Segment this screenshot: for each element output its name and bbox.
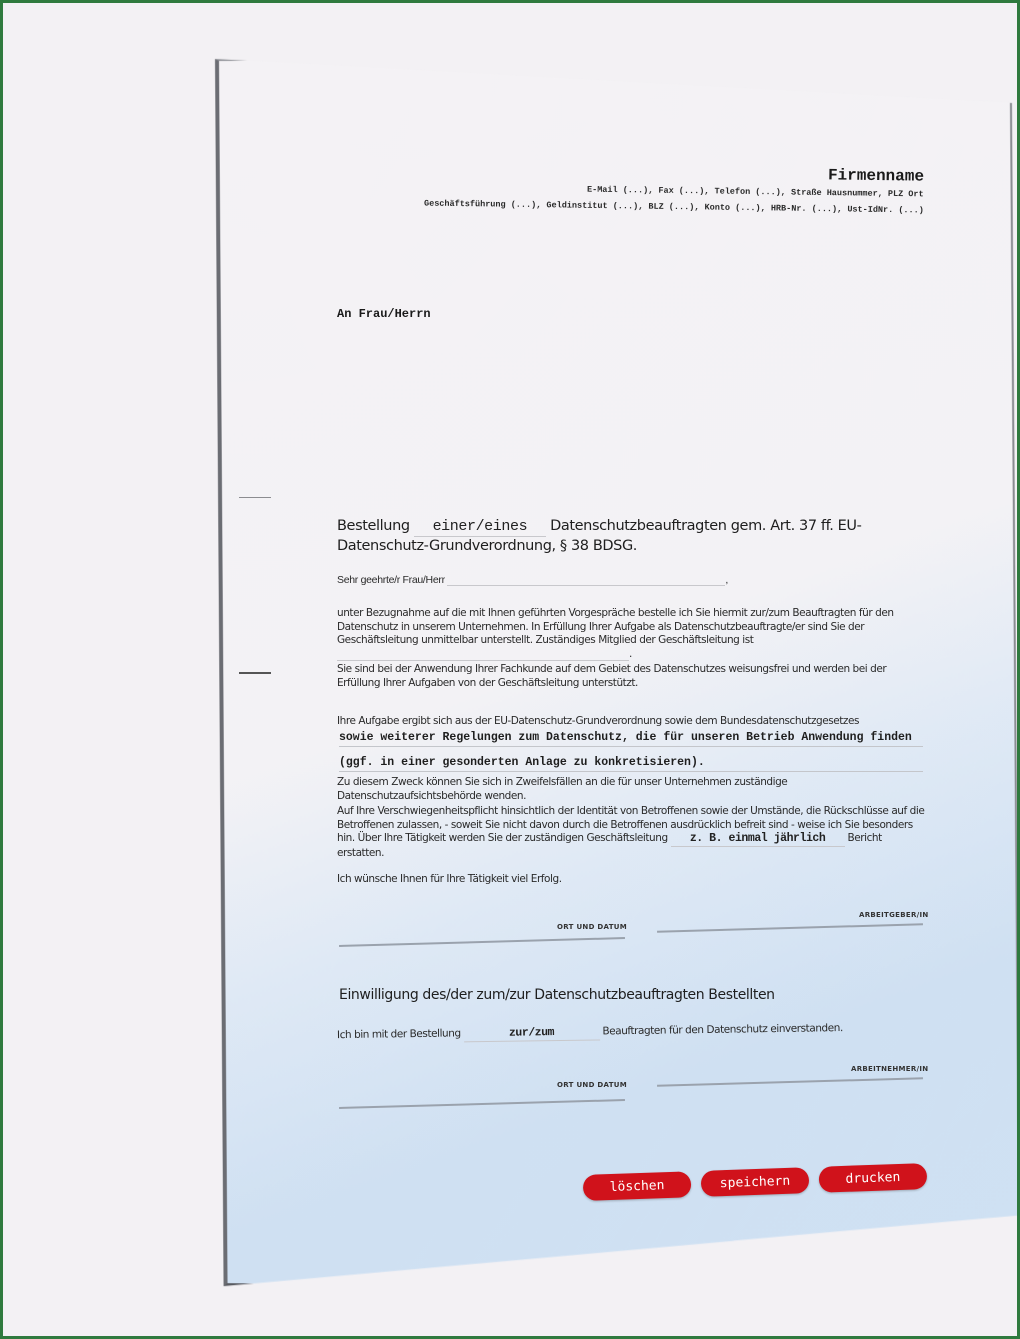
consent-title: Einwilligung des/der zum/zur Datenschutz… (339, 987, 775, 1003)
sig2-employee-line[interactable] (657, 1077, 923, 1086)
management-member-field[interactable] (337, 649, 629, 661)
sig1-employer-label: ARBEITGEBER/IN (859, 911, 929, 919)
company-registry-line[interactable]: Geschäftsführung (...), Geldinstitut (..… (424, 199, 924, 216)
document-page: Firmenname E-Mail (...), Fax (...), Tele… (215, 59, 997, 1281)
duties-field-line-1[interactable]: sowie weiterer Regelungen zum Datenschut… (339, 731, 923, 747)
fold-mark-1 (239, 497, 271, 498)
title-prefix: Bestellung (337, 518, 410, 534)
salutation-text: Sehr geehrte/r Frau/Herr (337, 574, 445, 586)
consent-prefix: Ich bin mit der Bestellung (337, 1027, 461, 1041)
salutation: Sehr geehrte/r Frau/Herr , (337, 573, 728, 586)
recipient-address-field[interactable]: An Frau/Herrn (337, 307, 431, 321)
document-scene: Firmenname E-Mail (...), Fax (...), Tele… (3, 3, 1017, 1336)
paragraph-appointment: unter Bezugnahme auf die mit Ihnen gefüh… (337, 607, 927, 661)
sig1-place-date-line[interactable] (339, 937, 625, 946)
sig2-employee-label: ARBEITNEHMER/IN (851, 1065, 928, 1073)
consent-suffix: Beauftragten für den Datenschutz einvers… (602, 1022, 843, 1037)
company-name[interactable]: Firmenname (828, 166, 924, 185)
paragraph-independence: Sie sind bei der Anwendung Ihrer Fachkun… (337, 663, 927, 690)
save-button[interactable]: speichern (701, 1167, 810, 1197)
paragraph-closing: Ich wünsche Ihnen für Ihre Tätigkeit vie… (337, 873, 927, 887)
paragraph-period: . (629, 648, 632, 660)
print-button[interactable]: drucken (819, 1163, 928, 1193)
paragraph-authority: Zu diesem Zweck können Sie sich in Zweif… (337, 776, 927, 803)
sig2-place-date-label: ORT UND DATUM (557, 1081, 627, 1089)
paragraph-confidentiality: Auf Ihre Verschwiegenheitspflicht hinsic… (337, 805, 927, 860)
salutation-comma: , (725, 574, 728, 586)
salutation-name-field[interactable] (447, 573, 725, 586)
document-title: Bestellung einer/eines Datenschutzbeauft… (337, 517, 927, 556)
sig1-employer-line[interactable] (657, 923, 923, 932)
paragraph-duties: Ihre Aufgabe ergibt sich aus der EU-Date… (337, 715, 927, 729)
sig1-place-date-label: ORT UND DATUM (557, 923, 627, 931)
title-article-field[interactable]: einer/eines (414, 517, 546, 537)
delete-button[interactable]: löschen (583, 1171, 692, 1201)
consent-statement: Ich bin mit der Bestellung zur/zum Beauf… (337, 1021, 927, 1044)
form-action-buttons: löschen speichern drucken (583, 1163, 928, 1201)
duties-field-line-2[interactable]: (ggf. in einer gesonderten Anlage zu kon… (339, 756, 923, 772)
sig2-place-date-line[interactable] (339, 1099, 625, 1108)
paragraph-appointment-text: unter Bezugnahme auf die mit Ihnen gefüh… (337, 607, 894, 646)
report-frequency-field[interactable]: z. B. einmal jährlich (671, 832, 845, 847)
consent-article-field[interactable]: zur/zum (463, 1025, 599, 1041)
company-contact-line[interactable]: E-Mail (...), Fax (...), Telefon (...), … (587, 185, 924, 200)
fold-mark-2 (239, 672, 271, 674)
